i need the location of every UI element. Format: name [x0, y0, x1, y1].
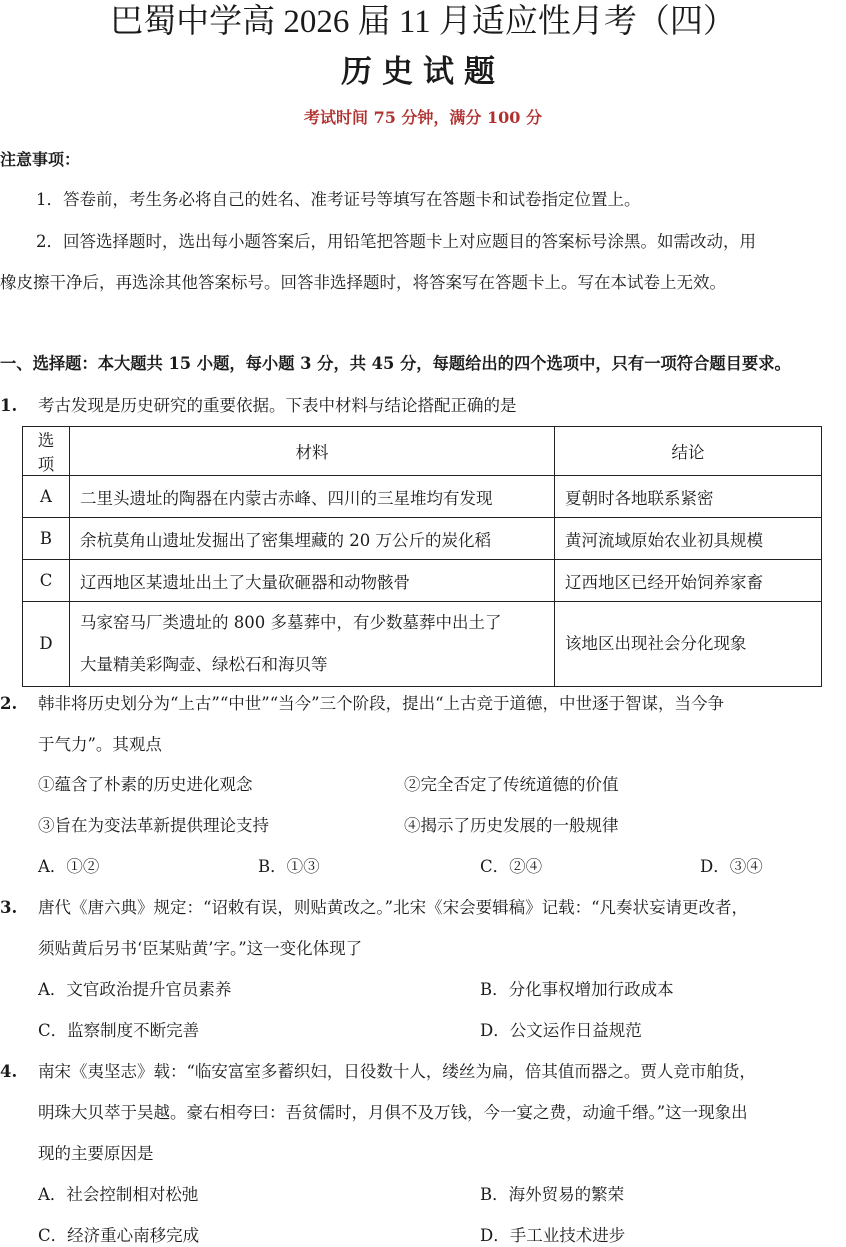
row-material: 余杭莫角山遗址发掘出了密集埋藏的 20 万公斤的炭化稻	[70, 518, 555, 560]
question-stem: 南宋《夷坚志》载：“临安富室多蓄织妇，日役数十人，缕丝为扁，倍其值而器之。贾人竞…	[38, 1060, 756, 1084]
row-conclusion: 该地区出现社会分化现象	[555, 602, 822, 687]
row-conclusion: 黄河流域原始农业初具规模	[555, 518, 822, 560]
statement-2: ②完全否定了传统道德的价值	[404, 773, 619, 797]
question-stem-cont: 明珠大贝萃于吴越。豪右相夸曰：吾贫儒时，月俱不及万钱，今一宴之费，动逾千缗。”这…	[38, 1101, 748, 1125]
table-row: C 辽西地区某遗址出土了大量砍砸器和动物骸骨 辽西地区已经开始饲养家畜	[23, 560, 822, 602]
question-number: 4.	[0, 1060, 17, 1084]
question-stem-cont: 现的主要原因是	[38, 1142, 154, 1166]
option-b[interactable]: B．①③	[258, 855, 320, 879]
materials-table: 选项 材料 结论 A 二里头遗址的陶器在内蒙古赤峰、四川的三星堆均有发现 夏朝时…	[22, 426, 822, 687]
question-number: 3.	[0, 896, 17, 920]
row-option: D	[23, 602, 70, 687]
option-d[interactable]: D．手工业技术进步	[480, 1224, 625, 1247]
option-c[interactable]: C．监察制度不断完善	[38, 1019, 199, 1043]
exam-time-info: 考试时间 75 分钟，满分 100 分	[0, 106, 846, 130]
question-number: 2.	[0, 692, 17, 716]
row-material: 二里头遗址的陶器在内蒙古赤峰、四川的三星堆均有发现	[70, 476, 555, 518]
header-material: 材料	[70, 427, 555, 476]
option-d[interactable]: D．③④	[700, 855, 763, 879]
option-d[interactable]: D．公文运作日益规范	[480, 1019, 642, 1043]
option-c[interactable]: C．②④	[480, 855, 542, 879]
notice-item-2: 2．回答选择题时，选出每小题答案后，用铅笔把答题卡上对应题目的答案标号涂黑。如需…	[36, 230, 756, 254]
option-a[interactable]: A．社会控制相对松弛	[38, 1183, 198, 1207]
statement-4: ④揭示了历史发展的一般规律	[404, 814, 619, 838]
option-a[interactable]: A．①②	[38, 855, 99, 879]
statement-1: ①蕴含了朴素的历史进化观念	[38, 773, 253, 797]
question-number: 1.	[0, 394, 17, 418]
table-row: D 马家窑马厂类遗址的 800 多墓葬中，有少数墓葬中出土了 大量精美彩陶壶、绿…	[23, 602, 822, 687]
header-option: 选项	[23, 427, 70, 476]
option-b[interactable]: B．海外贸易的繁荣	[480, 1183, 624, 1207]
section-heading: 一、选择题：本大题共 15 小题，每小题 3 分，共 45 分，每题给出的四个选…	[0, 352, 791, 376]
table-header-row: 选项 材料 结论	[23, 427, 822, 476]
question-stem-cont: 于气力”。其观点	[38, 733, 162, 757]
row-material-line: 马家窑马厂类遗址的 800 多墓葬中，有少数墓葬中出土了	[80, 602, 544, 644]
statement-3: ③旨在为变法革新提供理论支持	[38, 814, 269, 838]
row-conclusion: 夏朝时各地联系紧密	[555, 476, 822, 518]
header-conclusion: 结论	[555, 427, 822, 476]
exam-title: 巴蜀中学高 2026 届 11 月适应性月考（四）	[0, 2, 846, 42]
notice-heading: 注意事项：	[0, 148, 80, 172]
row-conclusion: 辽西地区已经开始饲养家畜	[555, 560, 822, 602]
notice-item-2-cont: 橡皮擦干净后，再选涂其他答案标号。回答非选择题时，将答案写在答题卡上。写在本试卷…	[0, 271, 726, 295]
table-row: B 余杭莫角山遗址发掘出了密集埋藏的 20 万公斤的炭化稻 黄河流域原始农业初具…	[23, 518, 822, 560]
question-stem: 韩非将历史划分为“上古”“中世”“当今”三个阶段，提出“上古竞于道德，中世逐于智…	[38, 692, 724, 716]
row-option: C	[23, 560, 70, 602]
question-stem: 唐代《唐六典》规定：“诏敕有误，则贴黄改之。”北宋《宋会要辑稿》记载：“凡奏状妄…	[38, 896, 748, 920]
question-stem-cont: 须贴黄后另书‘臣某贴黄’字。”这一变化体现了	[38, 937, 362, 961]
row-material: 辽西地区某遗址出土了大量砍砸器和动物骸骨	[70, 560, 555, 602]
row-option: A	[23, 476, 70, 518]
option-c[interactable]: C．经济重心南移完成	[38, 1224, 199, 1247]
option-a[interactable]: A．文官政治提升官员素养	[38, 978, 231, 1002]
question-stem: 考古发现是历史研究的重要依据。下表中材料与结论搭配正确的是	[38, 394, 517, 418]
notice-item-1: 1．答卷前，考生务必将自己的姓名、准考证号等填写在答题卡和试卷指定位置上。	[36, 188, 641, 212]
row-material-line: 大量精美彩陶壶、绿松石和海贝等	[80, 644, 544, 686]
option-b[interactable]: B．分化事权增加行政成本	[480, 978, 674, 1002]
row-option: B	[23, 518, 70, 560]
table-row: A 二里头遗址的陶器在内蒙古赤峰、四川的三星堆均有发现 夏朝时各地联系紧密	[23, 476, 822, 518]
subject-title: 历史试题	[0, 52, 846, 92]
row-material: 马家窑马厂类遗址的 800 多墓葬中，有少数墓葬中出土了 大量精美彩陶壶、绿松石…	[70, 602, 555, 687]
